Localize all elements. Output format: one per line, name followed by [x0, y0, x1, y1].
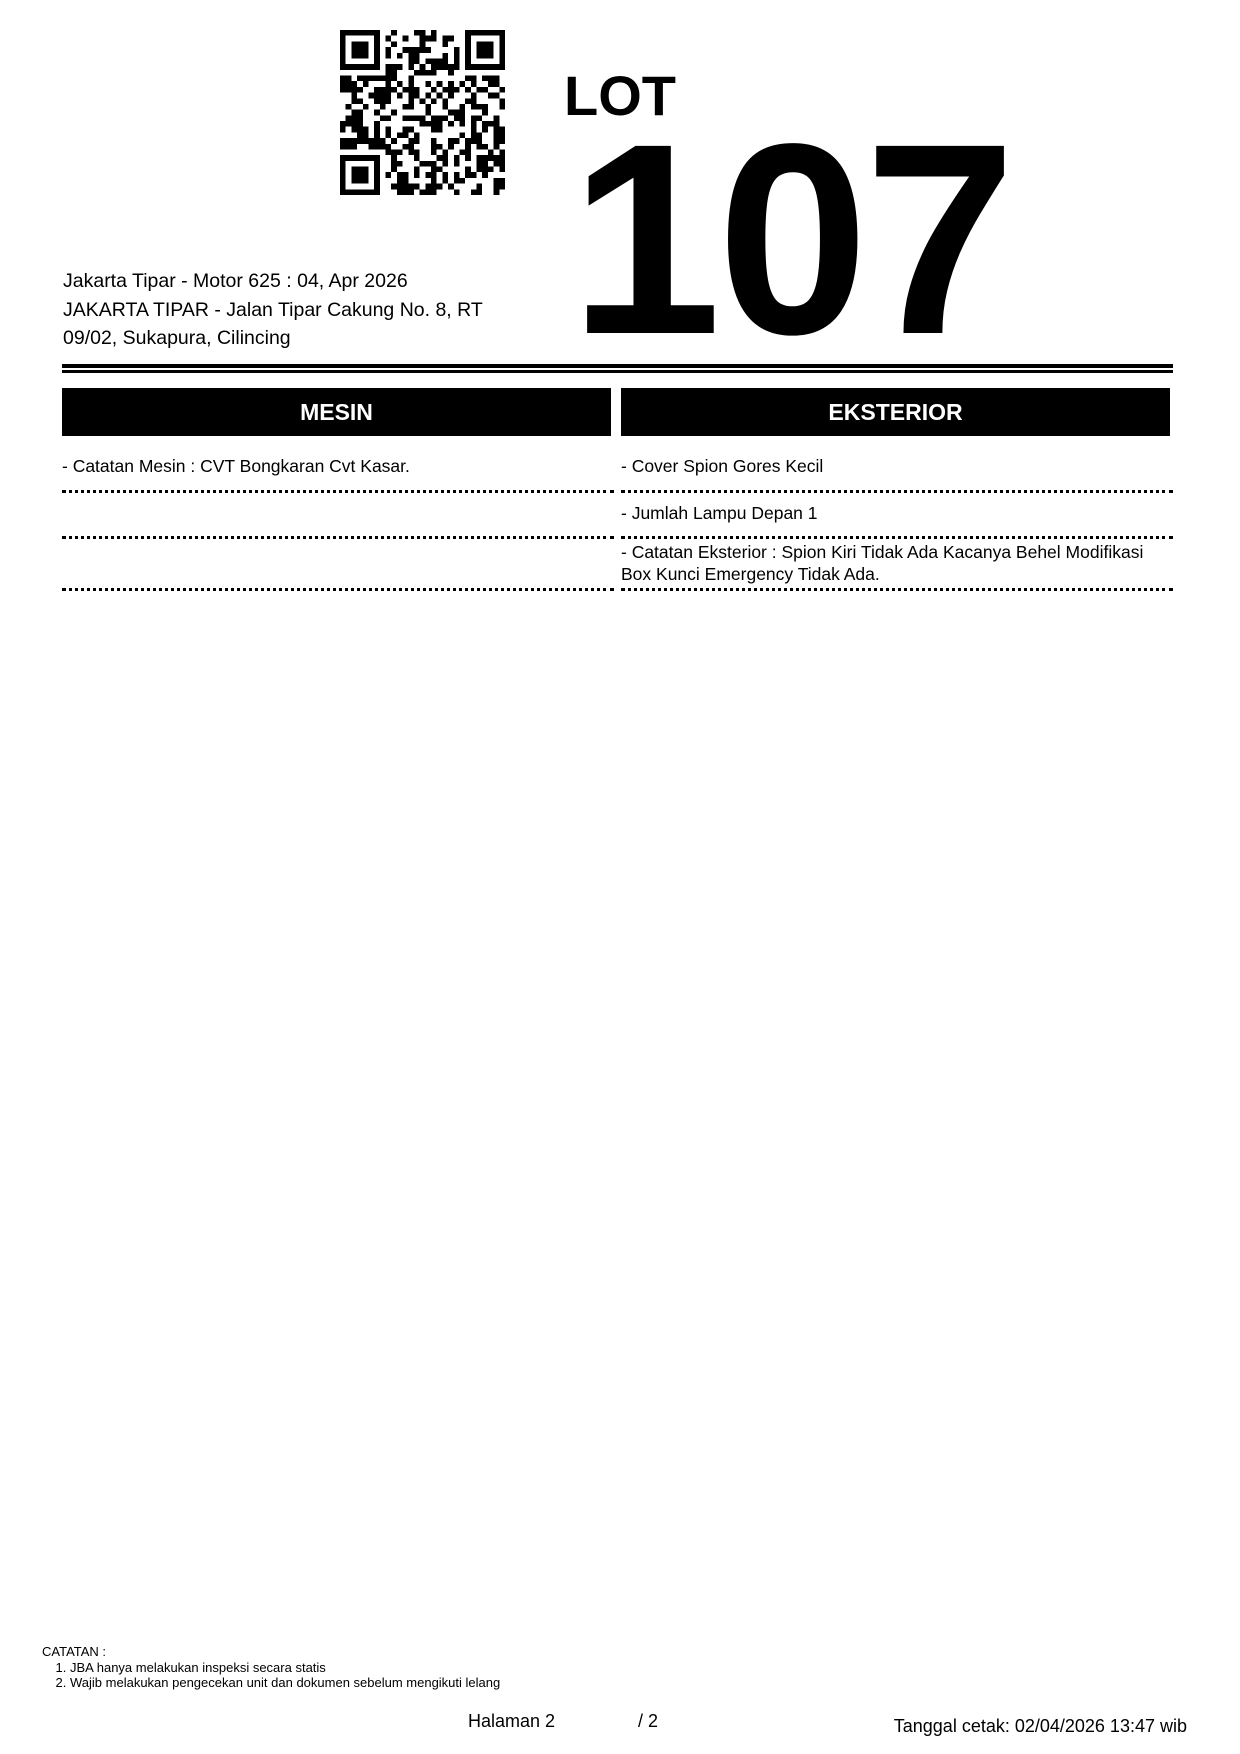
- list-item: [62, 493, 614, 539]
- note-item: JBA hanya melakukan inspeksi secara stat…: [70, 1660, 500, 1676]
- section-mesin: MESIN - Catatan Mesin : CVT Bongkaran Cv…: [62, 388, 614, 591]
- page-number: Halaman 2: [468, 1711, 555, 1732]
- page-total: / 2: [638, 1711, 658, 1732]
- footer-notes: CATATAN : JBA hanya melakukan inspeksi s…: [42, 1644, 500, 1691]
- auction-title: Jakarta Tipar - Motor 625 : 04, Apr 2026: [63, 267, 533, 296]
- lot-number: 107: [570, 103, 1012, 375]
- list-item: - Jumlah Lampu Depan 1: [621, 493, 1173, 539]
- notes-title: CATATAN :: [42, 1644, 500, 1660]
- auction-address: Jakarta Tipar - Motor 625 : 04, Apr 2026…: [63, 267, 533, 353]
- print-date: Tanggal cetak: 02/04/2026 13:47 wib: [894, 1716, 1187, 1737]
- section-header-mesin: MESIN: [62, 388, 611, 436]
- divider: [62, 370, 1173, 373]
- list-item: - Catatan Mesin : CVT Bongkaran Cvt Kasa…: [62, 455, 614, 493]
- list-item: [62, 539, 614, 591]
- address-line: 09/02, Sukapura, Cilincing: [63, 324, 533, 353]
- list-item: - Catatan Eksterior : Spion Kiri Tidak A…: [621, 539, 1173, 591]
- section-header-eksterior: EKSTERIOR: [621, 388, 1170, 436]
- address-line: JAKARTA TIPAR - Jalan Tipar Cakung No. 8…: [63, 296, 533, 325]
- list-item: - Cover Spion Gores Kecil: [621, 455, 1173, 493]
- divider: [62, 364, 1173, 368]
- note-item: Wajib melakukan pengecekan unit dan doku…: [70, 1675, 500, 1691]
- section-eksterior: EKSTERIOR - Cover Spion Gores Kecil - Ju…: [621, 388, 1173, 591]
- qr-code-icon: [340, 30, 505, 195]
